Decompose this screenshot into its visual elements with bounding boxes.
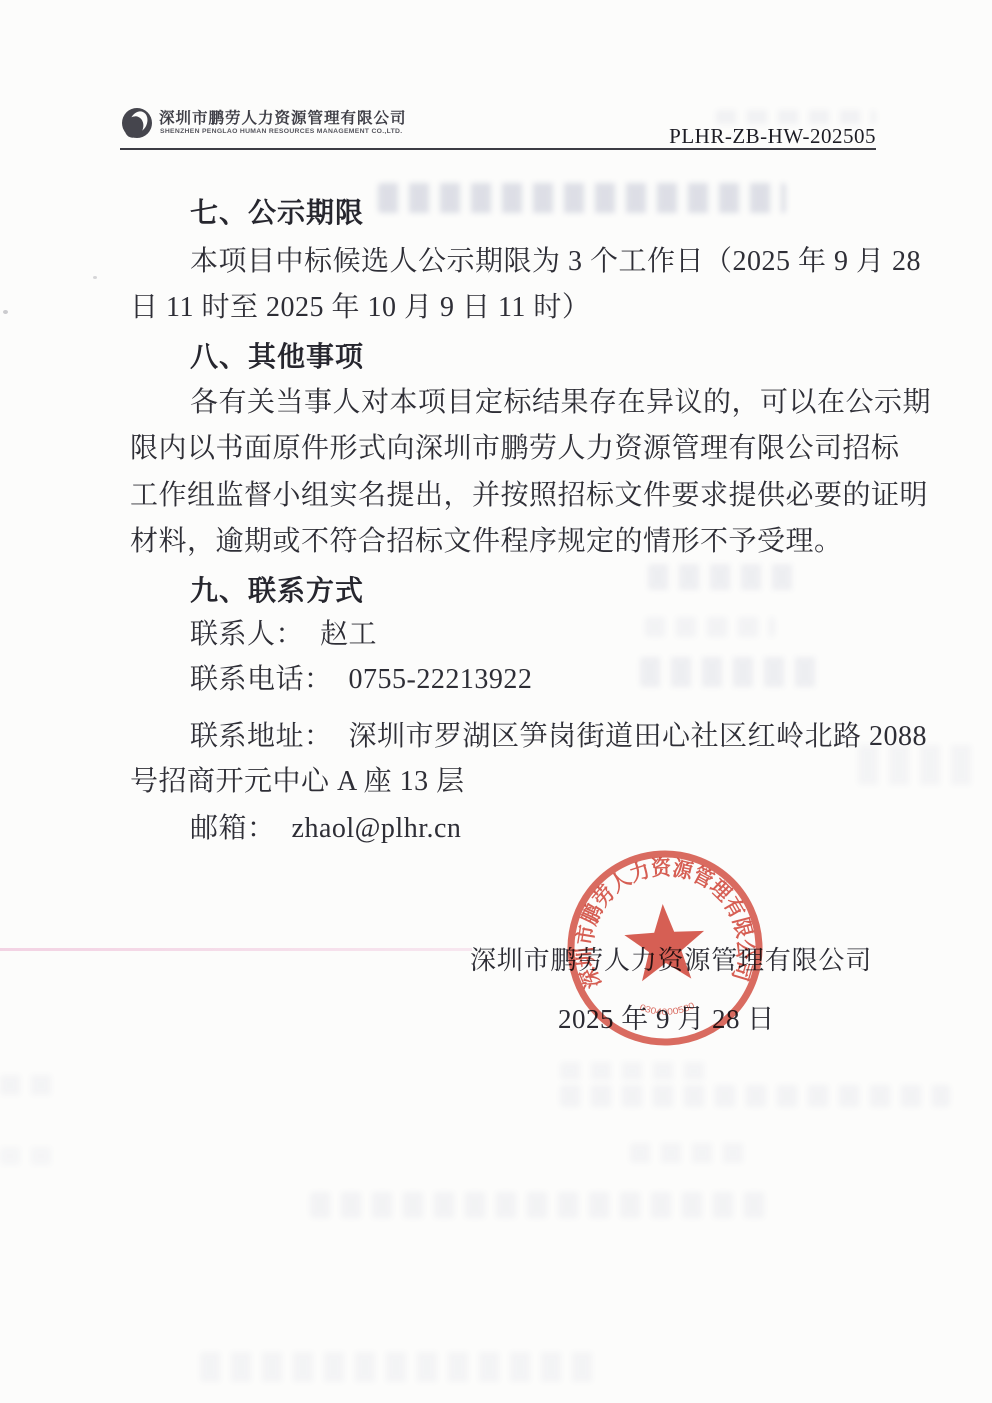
- company-seal: 深圳市鹏劳人力资源管理有限公司 0304000580: [559, 842, 771, 1054]
- seal-code: 0304000580: [638, 999, 697, 1018]
- bleed-through-artifact: [560, 1085, 950, 1107]
- contact-phone-label: 联系电话：: [190, 664, 333, 695]
- contact-email-value: zhaol@plhr.cn: [292, 813, 462, 844]
- bleed-through-artifact: [560, 1062, 710, 1080]
- bleed-through-artifact: [648, 564, 798, 590]
- pink-scanline-artifact: [0, 948, 472, 951]
- contact-address-label: 联系地址：: [190, 721, 333, 752]
- contact-email-line: 邮箱：zhaol@plhr.cn: [190, 812, 461, 846]
- scanned-document-page: 深圳市鹏劳人力资源管理有限公司 SHENZHEN PENGLAO HUMAN R…: [0, 0, 992, 1403]
- contact-address-value1: 深圳市罗湖区笋岗街道田心社区红岭北路 2088: [349, 721, 928, 752]
- svg-text:0304000580: 0304000580: [638, 999, 697, 1018]
- section8-line4: 材料，逾期或不符合招标文件程序规定的情形不予受理。: [130, 525, 843, 559]
- contact-phone-value: 0755-22213922: [349, 664, 533, 695]
- contact-email-label: 邮箱：: [190, 813, 276, 844]
- contact-address-line1: 联系地址：深圳市罗湖区笋岗街道田心社区红岭北路 2088: [190, 720, 927, 754]
- bleed-through-artifact: [0, 1075, 60, 1095]
- bleed-through-artifact: [378, 183, 786, 213]
- bleed-through-artifact: [858, 745, 978, 785]
- document-number: PLHR-ZB-HW-202505: [0, 124, 876, 149]
- bleed-through-artifact: [0, 1147, 55, 1165]
- section8-line3: 工作组监督小组实名提出，并按照招标文件要求提供必要的证明: [130, 479, 928, 513]
- bleed-through-artifact: [310, 1192, 770, 1218]
- contact-person-line: 联系人：赵工: [190, 618, 377, 652]
- section8-heading: 八、其他事项: [190, 340, 364, 374]
- bleed-through-artifact: [645, 617, 775, 637]
- bleed-through-artifact: [630, 1143, 745, 1163]
- contact-address-line2: 号招商开元中心 A 座 13 层: [130, 765, 465, 799]
- seal-star-icon: [623, 902, 707, 982]
- section9-heading: 九、联系方式: [190, 574, 364, 608]
- bleed-through-artifact: [716, 110, 876, 124]
- section7-line2: 日 11 时至 2025 年 10 月 9 日 11 时）: [130, 291, 590, 325]
- header-divider: [120, 148, 876, 150]
- section7-heading: 七、公示期限: [190, 196, 364, 230]
- contact-person-label: 联系人：: [190, 619, 304, 650]
- section8-line1: 各有关当事人对本项目定标结果存在异议的，可以在公示期: [190, 386, 931, 420]
- section8-line2: 限内以书面原件形式向深圳市鹏劳人力资源管理有限公司招标: [130, 432, 900, 466]
- scan-speck: [93, 276, 97, 279]
- bleed-through-artifact: [640, 657, 818, 687]
- scan-speck: [3, 310, 8, 314]
- section7-line1: 本项目中标候选人公示期限为 3 个工作日（2025 年 9 月 28: [190, 245, 921, 279]
- contact-phone-line: 联系电话：0755-22213922: [190, 663, 532, 697]
- bleed-through-artifact: [200, 1352, 600, 1382]
- contact-person-value: 赵工: [320, 619, 377, 650]
